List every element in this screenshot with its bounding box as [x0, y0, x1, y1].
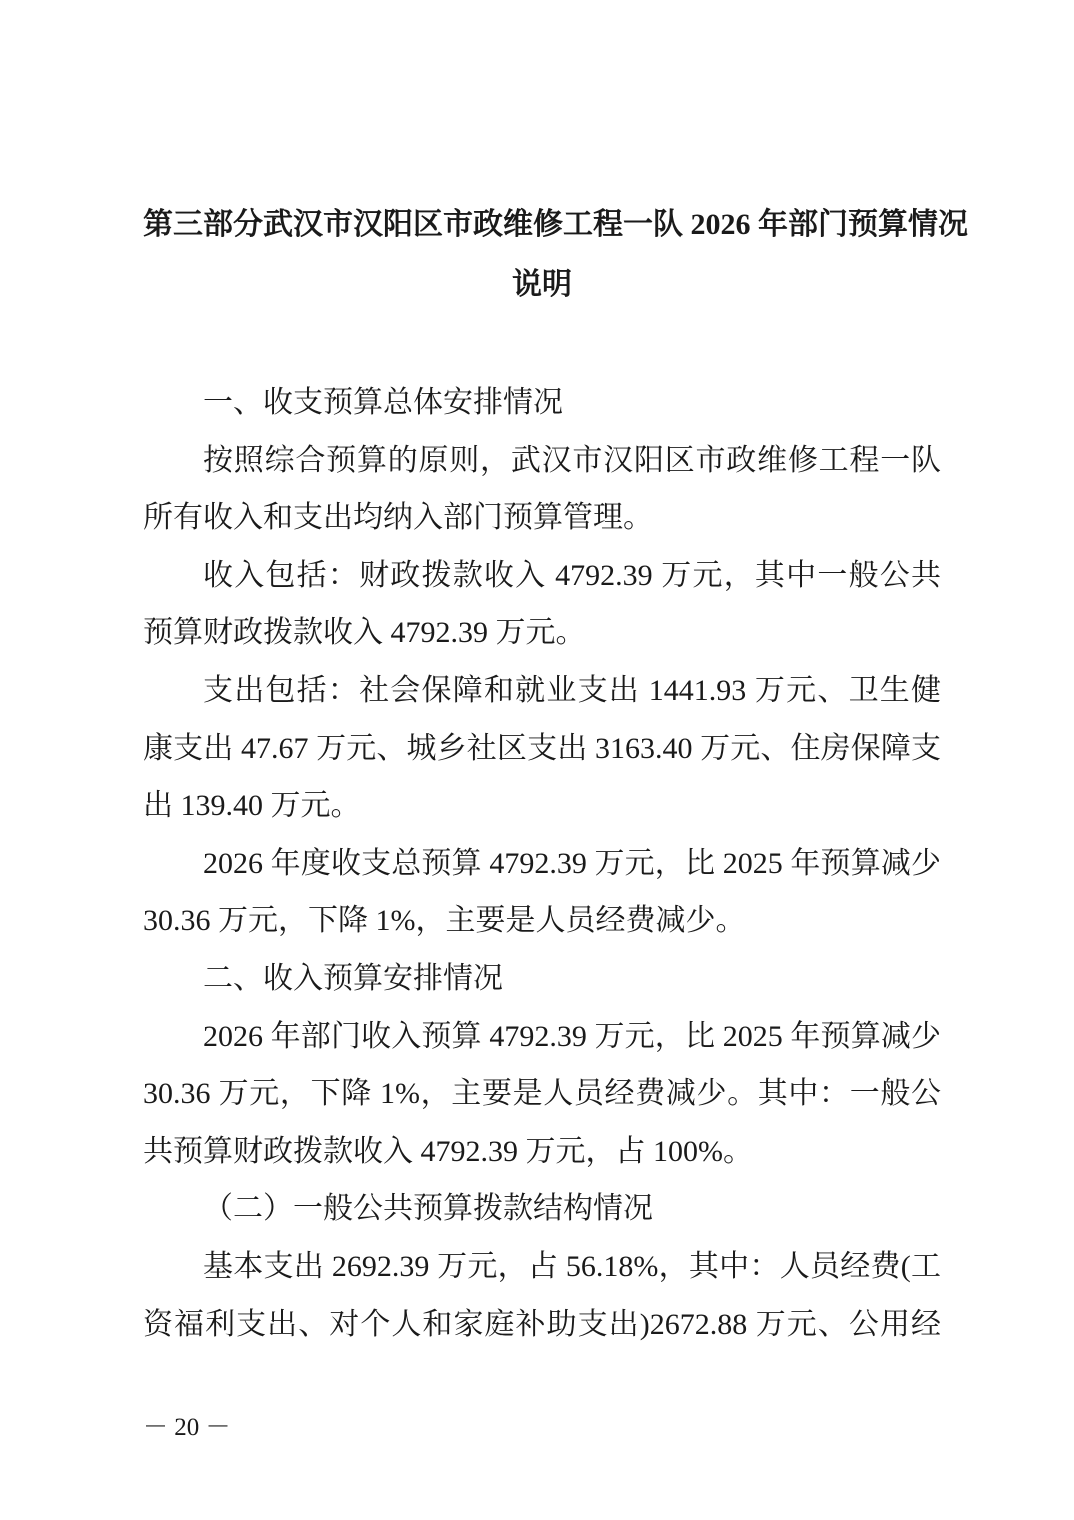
page-number: － 20 －	[143, 1413, 231, 1443]
section-heading-income-expense-overview: 一、收支预算总体安排情况	[143, 374, 941, 432]
paragraph-department-income-budget: 2026 年部门收入预算 4792.39 万元，比 2025 年预算减少 30.…	[143, 1008, 941, 1181]
section-heading-income-budget-arrangement: 二、收入预算安排情况	[143, 950, 941, 1008]
section-heading-public-budget-structure: （二）一般公共预算拨款结构情况	[143, 1180, 941, 1238]
document-page: 第三部分武汉市汉阳区市政维修工程一队 2026 年部门预算情况 说明 一、收支预…	[0, 0, 1074, 1520]
paragraph-expense-includes: 支出包括：社会保障和就业支出 1441.93 万元、卫生健康支出 47.67 万…	[143, 662, 941, 835]
paragraph-basic-expenditure: 基本支出 2692.39 万元，占 56.18%，其中：人员经费(工资福利支出、…	[143, 1238, 941, 1354]
document-content: 第三部分武汉市汉阳区市政维修工程一队 2026 年部门预算情况 说明 一、收支预…	[0, 0, 1074, 1354]
document-body: 一、收支预算总体安排情况 按照综合预算的原则，武汉市汉阳区市政维修工程一队所有收…	[143, 374, 941, 1354]
paragraph-income-includes: 收入包括：财政拨款收入 4792.39 万元，其中一般公共预算财政拨款收入 47…	[143, 547, 941, 662]
paragraph-total-budget-2026: 2026 年度收支总预算 4792.39 万元，比 2025 年预算减少 30.…	[143, 835, 941, 950]
title-line-1: 第三部分武汉市汉阳区市政维修工程一队 2026 年部门预算情况	[143, 195, 941, 255]
document-title: 第三部分武汉市汉阳区市政维修工程一队 2026 年部门预算情况 说明	[143, 195, 941, 315]
title-line-2: 说明	[143, 255, 941, 315]
paragraph-comprehensive-budget-principle: 按照综合预算的原则，武汉市汉阳区市政维修工程一队所有收入和支出均纳入部门预算管理…	[143, 432, 941, 547]
